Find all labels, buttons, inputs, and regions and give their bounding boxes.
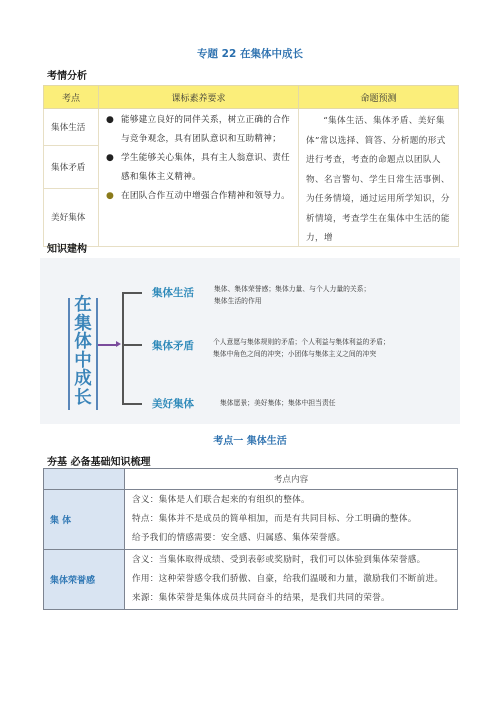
bracket-line <box>122 403 142 405</box>
section-heading-knowledge-structure: 知识建构 <box>47 240 87 255</box>
branch-collective-life: 集体生活 <box>152 285 194 300</box>
row-label: 集 体 <box>44 490 125 550</box>
requirement-item: ● 在团队合作互动中增强合作精神和领导力。 <box>99 187 298 206</box>
key-point-cell: 集体生活 <box>44 109 99 146</box>
header-prediction: 命题预测 <box>299 86 459 109</box>
table-row: 集体荣誉感 含义：当集体取得成绩、受到表彰或奖励时，我们可以体验到集体荣誉感。 … <box>44 550 458 610</box>
bullet-icon: ● <box>99 149 121 187</box>
knowledge-point-table: 考点内容 集 体 含义：集体是人们联合起来的有组织的整体。 特点：集体并不是成员… <box>43 468 458 610</box>
requirement-item: ● 学生能够关心集体，具有主人翁意识、责任感和集体主义精神。 <box>99 149 298 187</box>
header-requirements: 课标素养要求 <box>99 86 299 109</box>
row-content: 含义：集体是人们联合起来的有组织的整体。 特点：集体并不是成员的简单相加，而是有… <box>125 490 458 550</box>
bracket-line <box>122 344 142 346</box>
branch-details: 个人意愿与集体规则的矛盾；个人利益与集体利益的矛盾；集体中角色之间的冲突；小团体… <box>213 336 390 360</box>
branch-good-collective: 美好集体 <box>152 396 194 411</box>
content-header: 考点内容 <box>125 469 458 490</box>
row-content: 含义：当集体取得成绩、受到表彰或奖励时，我们可以体验到集体荣誉感。 作用：这种荣… <box>125 550 458 610</box>
exam-analysis-table: 考点 课标素养要求 命题预测 集体生活 ● 能够建立良好的同伴关系，树立正确的合… <box>43 85 459 247</box>
bracket-line <box>122 292 142 294</box>
requirements-cell: ● 能够建立良好的同伴关系，树立正确的合作与竞争观念，具有团队意识和互助精神； … <box>99 109 299 247</box>
header-key-point: 考点 <box>44 86 99 109</box>
document-title: 专题 22 在集体中成长 <box>0 46 500 61</box>
root-right-bar <box>96 298 98 410</box>
root-left-bar <box>68 298 70 410</box>
key-point-cell: 美好集体 <box>44 188 99 246</box>
table-header-row: 考点 课标素养要求 命题预测 <box>44 86 459 109</box>
bullet-icon: ● <box>99 111 121 149</box>
section-heading-foundation: 夯基 必备基础知识梳理 <box>47 453 150 468</box>
bullet-icon: ● <box>99 187 121 206</box>
arrowhead-icon <box>116 341 121 347</box>
bracket-line <box>122 292 124 404</box>
branch-details: 集体愿景；美好集体；集体中担当责任 <box>220 397 336 409</box>
prediction-cell: “集体生活、集体矛盾、美好集体”常以选择、简答、分析题的形式进行考查，考查的命题… <box>299 109 459 247</box>
knowledge-mindmap: 在集体 中成长 集体生活 集体、集体荣誉感；集体力量、与个人力量的关系；集体生活… <box>40 258 460 424</box>
label-header-cell <box>44 469 125 490</box>
branch-collective-conflict: 集体矛盾 <box>152 338 194 353</box>
table-row: 集 体 含义：集体是人们联合起来的有组织的整体。 特点：集体并不是成员的简单相加… <box>44 490 458 550</box>
subtopic-title: 考点一 集体生活 <box>0 432 500 447</box>
requirement-item: ● 能够建立良好的同伴关系，树立正确的合作与竞争观念，具有团队意识和互助精神； <box>99 111 298 149</box>
key-point-cell: 集体矛盾 <box>44 146 99 189</box>
section-heading-exam-analysis: 考情分析 <box>47 67 87 82</box>
mindmap-root: 在集体 中成长 <box>72 296 94 407</box>
row-label: 集体荣誉感 <box>44 550 125 610</box>
arrow-icon <box>98 344 118 346</box>
branch-details: 集体、集体荣誉感；集体力量、与个人力量的关系；集体生活的作用 <box>214 283 370 307</box>
